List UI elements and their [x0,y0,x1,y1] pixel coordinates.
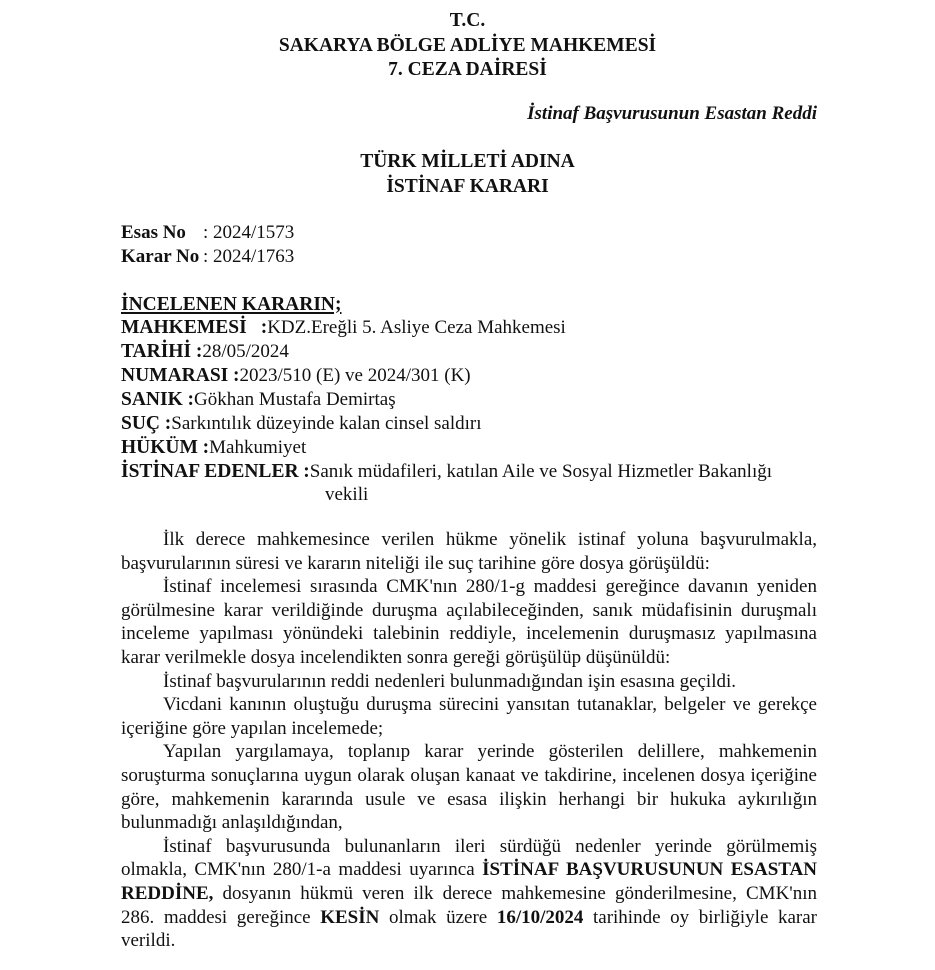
ruling-date: 16/10/2024 [497,907,584,928]
field-appellants: İSTİNAF EDENLER :Sanık müdafileri, katıl… [121,460,772,484]
title-nation: TÜRK MİLLETİ ADINA [0,149,935,174]
field-appellants-label: İSTİNAF EDENLER [121,461,299,482]
field-verdict-label: HÜKÜM [121,437,198,458]
decision-body: İlk derece mahkemesince verilen hükme yö… [121,528,817,953]
karar-no-row: Karar No: 2024/1763 [121,245,294,269]
field-defendant: SANIK :Gökhan Mustafa Demirtaş [121,388,396,412]
karar-no-value: : 2024/1763 [203,246,294,267]
body-paragraph: İlk derece mahkemesince verilen hükme yö… [121,528,817,575]
decision-subject: İstinaf Başvurusunun Esastan Reddi [527,101,817,126]
header-tc: T.C. [0,8,935,33]
karar-no-label: Karar No [121,245,203,269]
body-paragraph: Vicdani kanının oluştuğu duruşma sürecin… [121,693,817,740]
reviewed-decision-heading: İNCELENEN KARARIN; [121,293,341,317]
title-decision-type: İSTİNAF KARARI [0,174,935,199]
field-date-label: TARİHİ [121,341,191,362]
field-appellants-value-continued: vekili [325,483,368,507]
field-appellants-value: Sanık müdafileri, katılan Aile ve Sosyal… [310,461,772,482]
body-paragraph: İstinaf incelemesi sırasında CMK'nın 280… [121,575,817,669]
body-paragraph: Yapılan yargılamaya, toplanıp karar yeri… [121,740,817,834]
field-defendant-label: SANIK [121,389,183,410]
body-paragraph-ruling: İstinaf başvurusunda bulunanların ileri … [121,835,817,953]
header-chamber: 7. CEZA DAİRESİ [0,57,935,82]
field-date: TARİHİ :28/05/2024 [121,340,289,364]
field-court-label: MAHKEMESİ [121,317,247,338]
ruling-finality: KESİN [320,907,379,928]
field-court: MAHKEMESİ:KDZ.Ereğli 5. Asliye Ceza Mahk… [121,316,566,340]
court-decision-page: T.C. SAKARYA BÖLGE ADLİYE MAHKEMESİ 7. C… [0,0,935,970]
field-crime-value: Sarkıntılık düzeyinde kalan cinsel saldı… [171,413,481,434]
header-court-name: SAKARYA BÖLGE ADLİYE MAHKEMESİ [0,33,935,58]
field-crime: SUÇ :Sarkıntılık düzeyinde kalan cinsel … [121,412,482,436]
field-number: NUMARASI :2023/510 (E) ve 2024/301 (K) [121,364,471,388]
field-verdict-value: Mahkumiyet [209,437,306,458]
field-verdict: HÜKÜM :Mahkumiyet [121,436,306,460]
esas-no-row: Esas No: 2024/1573 [121,221,294,245]
field-date-value: 28/05/2024 [202,341,289,362]
esas-no-label: Esas No [121,221,203,245]
esas-no-value: : 2024/1573 [203,222,294,243]
body-paragraph: İstinaf başvurularının reddi nedenleri b… [121,670,817,694]
field-defendant-value: Gökhan Mustafa Demirtaş [194,389,396,410]
field-number-value: 2023/510 (E) ve 2024/301 (K) [240,365,471,386]
field-number-label: NUMARASI [121,365,228,386]
field-crime-label: SUÇ [121,413,160,434]
field-court-value: KDZ.Ereğli 5. Asliye Ceza Mahkemesi [267,317,566,338]
